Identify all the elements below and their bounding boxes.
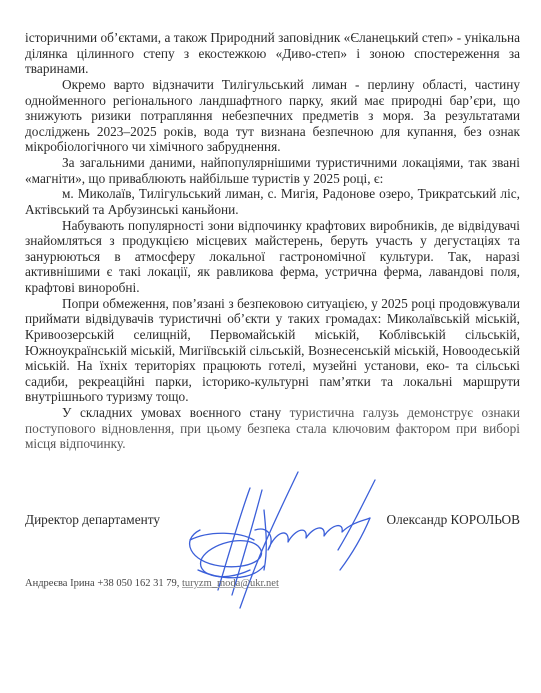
paragraph-tylihul-estuary: Окремо варто відзначити Тилігульський ли…: [25, 77, 520, 155]
paragraph-conclusion: У складних умовах воєнного стану туристи…: [25, 405, 520, 452]
handwritten-signature-icon: [180, 470, 390, 610]
paragraph-craft-producers: Набувають популярності зони відпочинку к…: [25, 218, 520, 296]
paragraph-communities: Попри обмеження, пов’язані з безпековою …: [25, 296, 520, 405]
paragraph-popular-locations-list: м. Миколаїв, Тилігульський лиман, с. Миг…: [25, 186, 520, 217]
conclusion-lead: У складних умовах воєнного стану: [62, 405, 281, 420]
document-body: історичними об’єктами, а також Природний…: [25, 30, 520, 452]
contact-phone: +38 050 162 31 79,: [97, 578, 179, 589]
paragraph-natural-sites: історичними об’єктами, а також Природний…: [25, 30, 520, 77]
signatory-name: Олександр КОРОЛЬОВ: [386, 512, 520, 528]
document-page: історичними об’єктами, а також Природний…: [25, 30, 520, 452]
paragraph-popular-locations-intro: За загальними даними, найпопулярнішими т…: [25, 155, 520, 186]
contact-line: Андреєва Ірина +38 050 162 31 79, turyzm…: [25, 578, 279, 589]
signatory-title: Директор департаменту: [25, 512, 160, 528]
contact-person: Андреєва Ірина: [25, 578, 95, 589]
contact-email-link[interactable]: turyzm_moda@ukr.net: [182, 578, 279, 589]
